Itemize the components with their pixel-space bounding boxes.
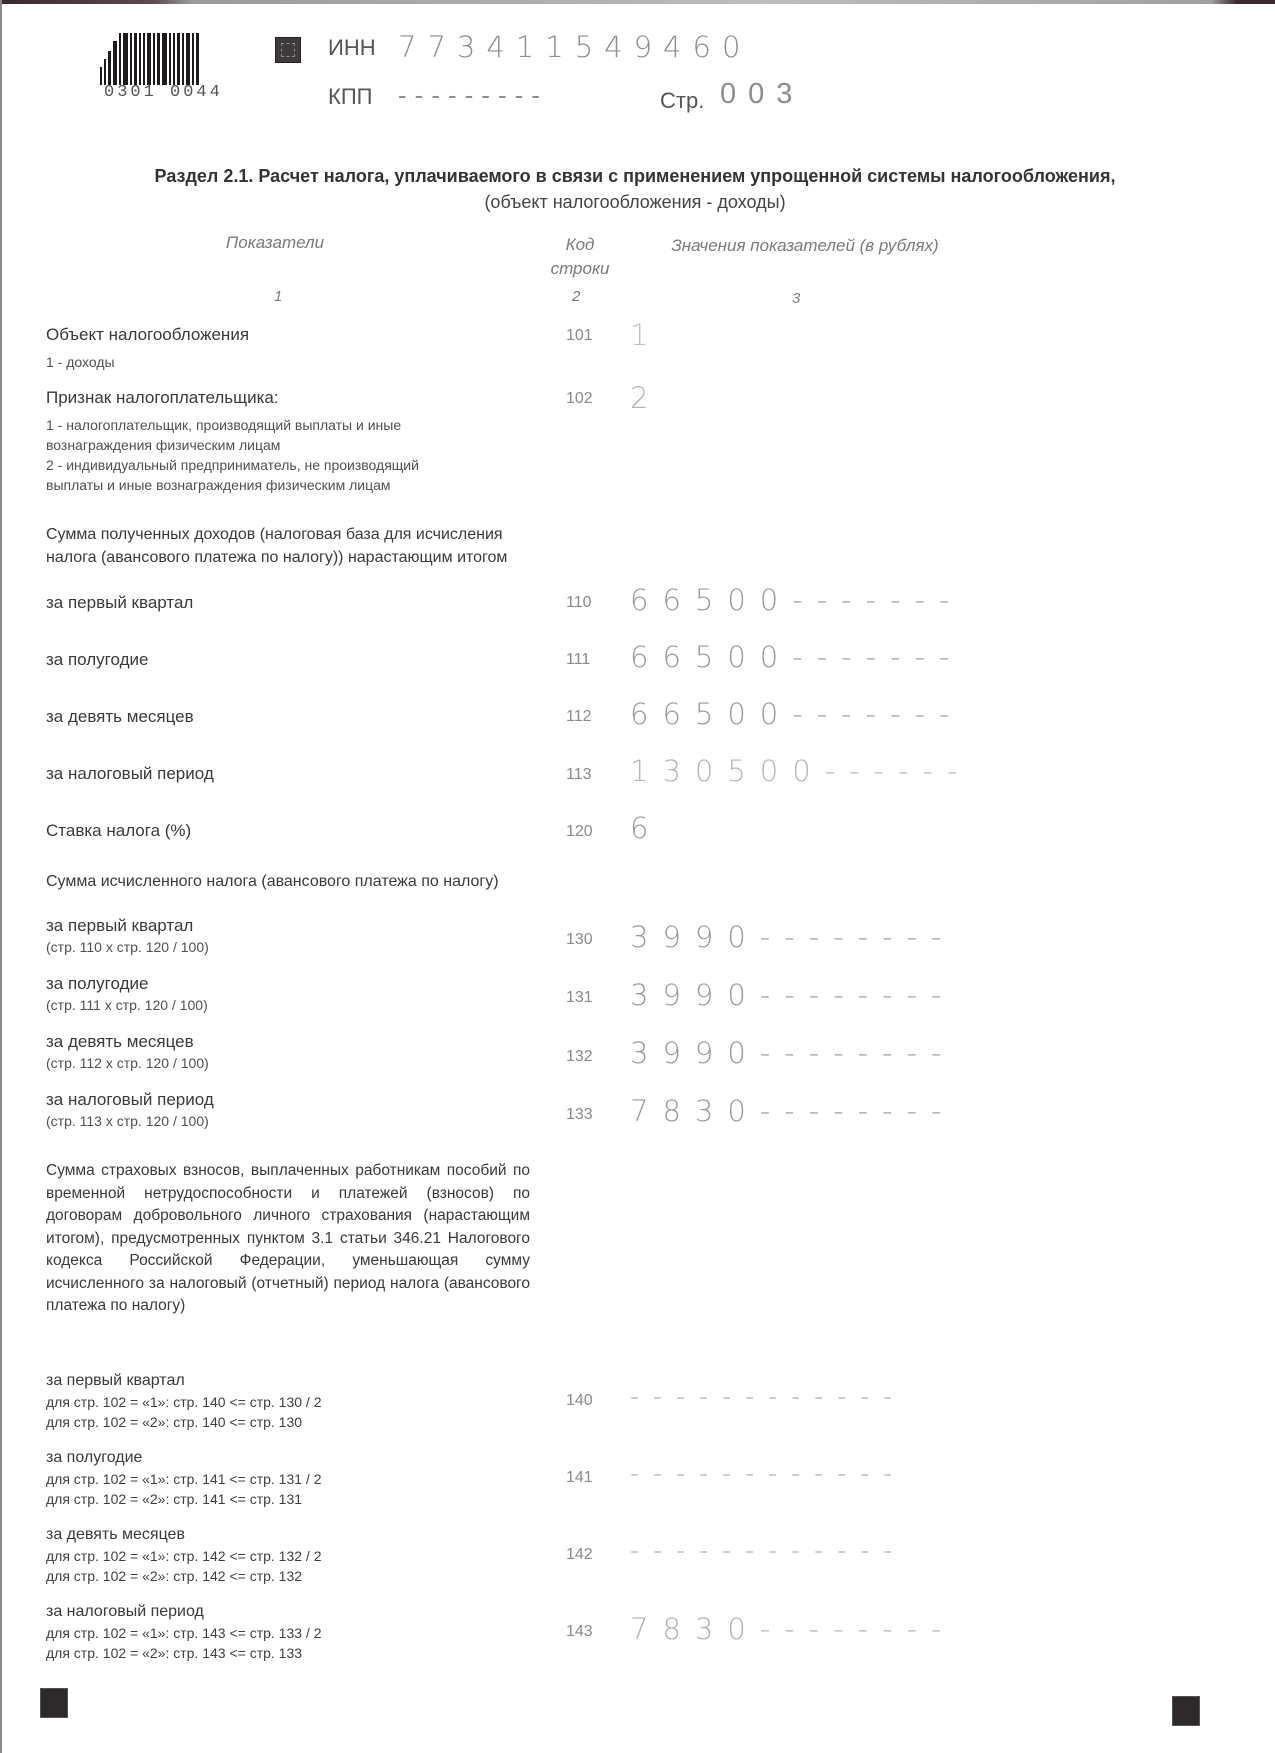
barcode-number: 0301 0044 [104,83,223,102]
row-113-code: 113 [566,766,592,784]
row-141-label: за полугодие для стр. 102 = «1»: стр. 14… [46,1447,322,1509]
row-101-value: 1 [630,318,662,352]
column-number-2: 2 [572,288,580,305]
row-132-title: за девять месяцев [46,1032,194,1051]
row-112-value: 66500------- [630,697,964,731]
barcode: 0301 0044 [100,33,248,103]
row-141-value: ------------ [630,1459,906,1488]
row-111-label: за полугодие [46,649,148,671]
column-header-indicators: Показатели [200,233,350,253]
page-number: 003 [720,78,804,111]
row-143-code: 143 [566,1623,593,1641]
row-101-code: 101 [566,327,593,345]
column-number-3: 3 [792,290,800,307]
row-142-condition-2: для стр. 102 = «2»: стр. 142 <= стр. 132 [46,1566,322,1586]
page-label: Стр. [660,88,704,114]
row-131-label: за полугодие (стр. 111 х стр. 120 / 100) [46,973,208,1015]
section-title-line2: (объект налогообложения - доходы) [70,189,1200,215]
row-101-title: Объект налогообложения [46,325,249,344]
row-101-note: 1 - доходы [46,352,249,372]
row-102-value: 2 [630,381,662,415]
row-111-code: 111 [566,651,590,669]
row-110-label: за первый квартал [46,592,193,614]
row-131-value: 3990-------- [630,978,956,1012]
row-131-code: 131 [566,989,593,1007]
row-130-code: 130 [566,931,593,949]
kpp-value: --------- [398,80,548,111]
row-102-title: Признак налогоплательщика: [46,388,279,407]
row-142-title: за девять месяцев [46,1524,322,1546]
row-132-formula: (стр. 112 х стр. 120 / 100) [46,1053,209,1073]
row-130-formula: (стр. 110 х стр. 120 / 100) [46,937,209,957]
row-133-code: 133 [566,1106,593,1124]
row-142-code: 142 [566,1546,593,1564]
row-143-label: за налоговый период для стр. 102 = «1»: … [46,1601,322,1663]
row-142-condition-1: для стр. 102 = «1»: стр. 142 <= стр. 132… [46,1546,322,1566]
inn-label: ИНН [328,35,376,61]
row-130-label: за первый квартал (стр. 110 х стр. 120 /… [46,915,209,957]
insurance-deduction-description: Сумма страховых взносов, выплаченных раб… [46,1160,530,1318]
column-header-values: Значения показателей (в рублях) [645,236,965,256]
row-141-title: за полугодие [46,1447,322,1469]
row-143-condition-2: для стр. 102 = «2»: стр. 143 <= стр. 133 [46,1643,322,1663]
row-132-label: за девять месяцев (стр. 112 х стр. 120 /… [46,1031,209,1073]
row-102-note-1: 1 - налогоплательщик, производящий выпла… [46,415,419,435]
row-140-code: 140 [566,1392,593,1410]
row-131-title: за полугодие [46,974,148,993]
row-141-code: 141 [566,1469,593,1487]
row-140-condition-1: для стр. 102 = «1»: стр. 140 <= стр. 130… [46,1392,322,1412]
row-102-note-2: 2 - индивидуальный предприниматель, не п… [46,455,419,475]
section-title: Раздел 2.1. Расчет налога, уплачиваемого… [70,163,1200,215]
income-heading: Сумма полученных доходов (налоговая база… [46,523,507,569]
column-number-1: 1 [274,288,282,305]
row-120-label: Ставка налога (%) [46,820,191,842]
row-142-label: за девять месяцев для стр. 102 = «1»: ст… [46,1524,322,1586]
row-130-title: за первый квартал [46,916,193,935]
row-132-value: 3990-------- [630,1036,956,1070]
income-heading-line2: налога (авансового платежа по налогу)) н… [46,546,507,569]
row-102-note-1b: вознаграждения физическим лицам [46,435,419,455]
row-131-formula: (стр. 111 х стр. 120 / 100) [46,995,208,1015]
registration-mark-icon [275,37,301,63]
income-heading-line1: Сумма полученных доходов (налоговая база… [46,523,507,546]
kpp-label: КПП [328,84,372,110]
row-112-code: 112 [566,708,592,726]
row-133-title: за налоговый период [46,1090,214,1109]
row-120-value: 6 [630,811,662,845]
corner-mark-bottom-right-icon [1172,1696,1200,1726]
row-110-code: 110 [566,594,592,612]
row-133-label: за налоговый период (стр. 113 х стр. 120… [46,1089,214,1131]
scan-edge-top [0,0,1275,4]
row-140-label: за первый квартал для стр. 102 = «1»: ст… [46,1370,322,1432]
inn-value: 773411549460 [398,30,751,64]
row-110-value: 66500------- [630,583,964,617]
row-143-value: 7830-------- [630,1612,956,1646]
row-113-label: за налоговый период [46,763,214,785]
row-102-label: Признак налогоплательщика: 1 - налогопла… [46,387,419,495]
tax-heading: Сумма исчисленного налога (авансового пл… [46,871,499,893]
row-102-code: 102 [566,390,593,408]
row-141-condition-2: для стр. 102 = «2»: стр. 141 <= стр. 131 [46,1489,322,1509]
column-header-code-line2: строки [540,257,620,281]
column-header-code: Код строки [540,233,620,281]
row-112-label: за девять месяцев [46,706,194,728]
row-132-code: 132 [566,1048,593,1066]
row-113-value: 130500------ [630,754,972,788]
section-title-line1: Раздел 2.1. Расчет налога, уплачиваемого… [70,163,1200,189]
scan-edge-left [0,0,2,1753]
column-header-code-line1: Код [540,233,620,257]
row-102-note-2b: выплаты и иные вознаграждения физическим… [46,475,419,495]
row-143-title: за налоговый период [46,1601,322,1623]
row-140-condition-2: для стр. 102 = «2»: стр. 140 <= стр. 130 [46,1412,322,1432]
row-143-condition-1: для стр. 102 = «1»: стр. 143 <= стр. 133… [46,1623,322,1643]
row-133-formula: (стр. 113 х стр. 120 / 100) [46,1111,214,1131]
row-120-code: 120 [566,823,593,841]
barcode-bars [100,33,248,85]
row-140-value: ------------ [630,1382,906,1411]
row-141-condition-1: для стр. 102 = «1»: стр. 141 <= стр. 131… [46,1469,322,1489]
row-142-value: ------------ [630,1536,906,1565]
row-111-value: 66500------- [630,640,964,674]
row-101-label: Объект налогообложения 1 - доходы [46,324,249,372]
corner-mark-bottom-left-icon [40,1688,68,1718]
row-133-value: 7830-------- [630,1094,956,1128]
row-140-title: за первый квартал [46,1370,322,1392]
row-130-value: 3990-------- [630,920,956,954]
